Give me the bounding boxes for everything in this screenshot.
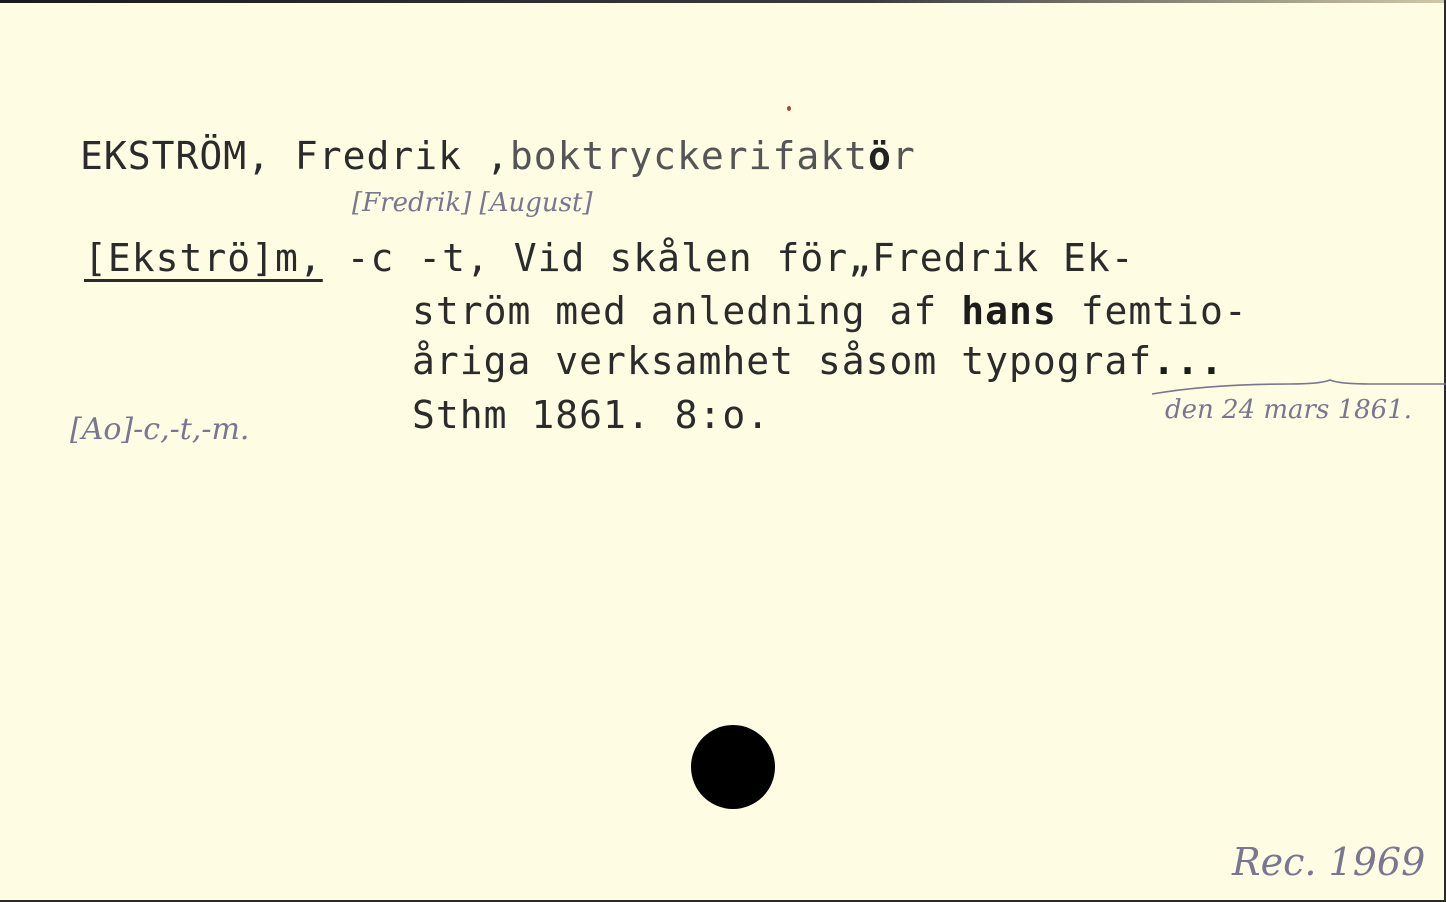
title-start: -c -t, Vid skålen för„Fredrik Ek-	[323, 236, 1135, 280]
handwritten-revision-note: Rec. 1969	[1232, 840, 1425, 884]
retyped-word: hans	[961, 289, 1057, 333]
body-line-2-text-a: ström med anledning af	[412, 289, 961, 333]
occupation-ending: r	[892, 134, 916, 178]
body-line-3-text: åriga verksamhet såsom typograf	[412, 339, 1152, 383]
card-top-edge	[0, 0, 1446, 3]
body-line-2: ström med anledning af hans femtio-	[412, 289, 1248, 333]
pseudonym-signature: [Ekströ]m,	[84, 236, 323, 280]
body-line-1: [Ekströ]m, -c -t, Vid skålen för„Fredrik…	[84, 236, 1135, 280]
handwritten-date: den 24 mars 1861.	[1165, 395, 1412, 425]
handwritten-name-forms: [Ao]-c,-t,-m.	[70, 412, 249, 447]
handwritten-forenames: [Fredrik] [August]	[352, 188, 593, 218]
ellipsis: ...	[1152, 339, 1224, 383]
body-line-2-text-b: femtio-	[1057, 289, 1248, 333]
card-heading: EKSTRÖM, Fredrik ,boktryckerifaktör	[80, 134, 916, 178]
punch-hole	[691, 725, 775, 809]
catalog-card: EKSTRÖM, Fredrik ,boktryckerifaktör [Fre…	[0, 0, 1446, 902]
corrected-letter: ö	[868, 134, 892, 178]
imprint-line: Sthm 1861. 8:o.	[412, 393, 770, 437]
body-line-3: åriga verksamhet såsom typograf...	[412, 339, 1224, 383]
author-name: EKSTRÖM, Fredrik ,	[80, 134, 510, 178]
occupation-text: boktryckerifakt	[510, 134, 868, 178]
author-occupation: boktryckerifaktör	[510, 134, 916, 178]
ink-speck	[787, 106, 791, 111]
pencil-bracket-icon	[1150, 378, 1446, 396]
